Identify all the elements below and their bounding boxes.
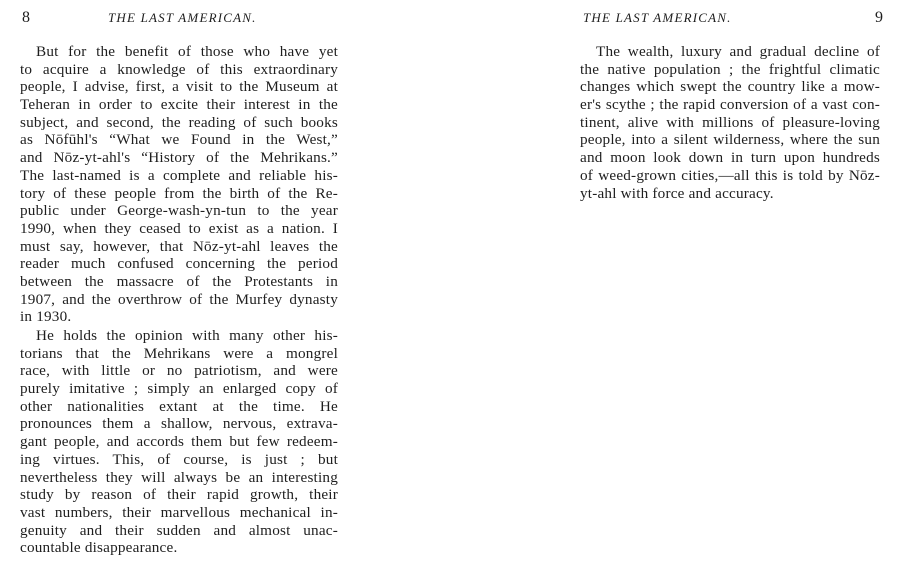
text-line: But for the benefit of those who have ye… xyxy=(20,43,338,61)
text-line: er's scythe ; the rapid conversion of a … xyxy=(580,96,880,114)
text-line: purely imitative ; simply an enlarged co… xyxy=(20,380,338,398)
text-line: people, into a silent wilderness, where … xyxy=(580,131,880,149)
text-line: The last-named is a complete and reliabl… xyxy=(20,167,338,185)
paragraph: But for the benefit of those who have ye… xyxy=(20,43,338,326)
text-line: gant people, and accords them but few re… xyxy=(20,433,338,451)
running-title: THE LAST AMERICAN. xyxy=(108,8,257,28)
text-line: nevertheless they will always be an inte… xyxy=(20,469,338,487)
text-line: 1990, when they ceased to exist as a nat… xyxy=(20,220,338,238)
left-page: 8 THE LAST AMERICAN. But for the benefit… xyxy=(0,0,458,566)
right-page-header: THE LAST AMERICAN. 9 xyxy=(583,8,883,28)
text-line: vast numbers, their marvellous mechanica… xyxy=(20,504,338,522)
text-line: reader much confused concerning the peri… xyxy=(20,255,338,273)
text-line: other nationalities extant at the time. … xyxy=(20,398,338,416)
text-line: ing virtues. This, of course, is just ; … xyxy=(20,451,338,469)
text-line: in 1930. xyxy=(20,308,338,326)
text-line: study by reason of their rapid growth, t… xyxy=(20,486,338,504)
text-line: and Nōz-yt-ahl's “History of the Mehrika… xyxy=(20,149,338,167)
running-title: THE LAST AMERICAN. xyxy=(583,8,732,28)
text-line: pronounces them a shallow, nervous, extr… xyxy=(20,415,338,433)
text-line: must say, however, that Nōz-yt-ahl leave… xyxy=(20,238,338,256)
page-number: 8 xyxy=(22,8,30,28)
left-page-body: But for the benefit of those who have ye… xyxy=(20,43,338,557)
text-line: between the massacre of the Protestants … xyxy=(20,273,338,291)
left-page-header: 8 THE LAST AMERICAN. xyxy=(22,8,340,28)
text-line: of weed-grown cities,—all this is told b… xyxy=(580,167,880,185)
text-line: the native population ; the frightful cl… xyxy=(580,61,880,79)
text-line: subject, and second, the reading of such… xyxy=(20,114,338,132)
page-number: 9 xyxy=(875,8,883,28)
text-line: and moon look down in turn upon hundreds xyxy=(580,149,880,167)
paragraph: The wealth, luxury and gradual decline o… xyxy=(580,43,880,202)
text-line: as Nōfūhl's “What we Found in the West,” xyxy=(20,131,338,149)
text-line: yt-ahl with force and accuracy. xyxy=(580,185,880,203)
paragraph: He holds the opinion with many other his… xyxy=(20,327,338,557)
text-line: He holds the opinion with many other his… xyxy=(20,327,338,345)
text-line: tory of these people from the birth of t… xyxy=(20,185,338,203)
text-line: public under George-wash-yn-tun to the y… xyxy=(20,202,338,220)
text-line: 1907, and the overthrow of the Murfey dy… xyxy=(20,291,338,309)
text-line: people, I advise, first, a visit to the … xyxy=(20,78,338,96)
text-line: Teheran in order to excite their interes… xyxy=(20,96,338,114)
text-line: to acquire a knowledge of this extraordi… xyxy=(20,61,338,79)
text-line: changes which swept the country like a m… xyxy=(580,78,880,96)
text-line: countable disappearance. xyxy=(20,539,338,557)
text-line: torians that the Mehrikans were a mongre… xyxy=(20,345,338,363)
text-line: race, with little or no patriotism, and … xyxy=(20,362,338,380)
right-page-body: The wealth, luxury and gradual decline o… xyxy=(580,43,880,202)
text-line: The wealth, luxury and gradual decline o… xyxy=(580,43,880,61)
text-line: tinent, alive with millions of pleasure-… xyxy=(580,114,880,132)
text-line: genuity and their sudden and almost unac… xyxy=(20,522,338,540)
right-page: THE LAST AMERICAN. 9 The wealth, luxury … xyxy=(458,0,916,566)
